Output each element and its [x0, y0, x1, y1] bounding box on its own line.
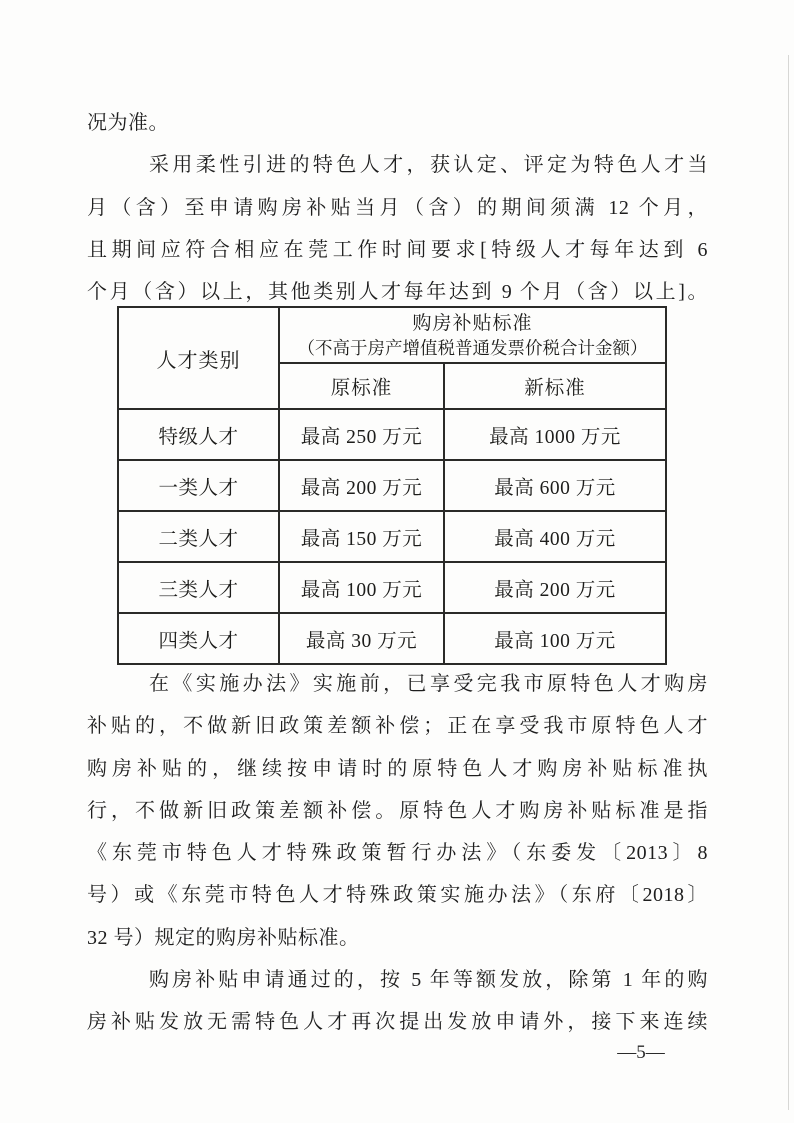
text-line: 《东莞市特色人才特殊政策暂行办法》（东委发〔2013〕8 [87, 832, 708, 874]
text-line: 购房补贴申请通过的，按 5 年等额发放，除第 1 年的购 [87, 959, 708, 1001]
group-header-subtitle: （不高于房产增值税普通发票价税合计金额） [280, 336, 665, 360]
paragraph-block-top: 况为准。 采用柔性引进的特色人才，获认定、评定为特色人才当 月（含）至申请购房补… [87, 102, 708, 313]
new-standard-cell: 最高 400 万元 [444, 511, 666, 562]
talent-category-cell: 一类人才 [118, 460, 279, 511]
subsidy-table: 人才类别 购房补贴标准 （不高于房产增值税普通发票价税合计金额） 原标准 新标准… [117, 306, 667, 665]
text-line: 补贴的，不做新旧政策差额补偿；正在享受我市原特色人才 [87, 705, 708, 747]
new-standard-cell: 最高 600 万元 [444, 460, 666, 511]
talent-category-cell: 特级人才 [118, 409, 279, 460]
old-standard-cell: 最高 200 万元 [279, 460, 444, 511]
table-row: 特级人才 最高 250 万元 最高 1000 万元 [118, 409, 666, 460]
text-line: 购房补贴的，继续按申请时的原特色人才购房补贴标准执 [87, 748, 708, 790]
paragraph-block-bottom: 在《实施办法》实施前，已享受完我市原特色人才购房 补贴的，不做新旧政策差额补偿；… [87, 663, 708, 1044]
talent-category-cell: 二类人才 [118, 511, 279, 562]
talent-category-header: 人才类别 [118, 307, 279, 409]
old-standard-header: 原标准 [279, 363, 444, 409]
old-standard-cell: 最高 100 万元 [279, 562, 444, 613]
table-header-row: 人才类别 购房补贴标准 （不高于房产增值税普通发票价税合计金额） [118, 307, 666, 363]
scan-artifact-line [788, 55, 789, 1110]
talent-category-cell: 四类人才 [118, 613, 279, 664]
new-standard-header: 新标准 [444, 363, 666, 409]
page-number: —5— [595, 1041, 687, 1065]
text-line: 房补贴发放无需特色人才再次提出发放申请外，接下来连续 [87, 1001, 708, 1043]
text-line: 月（含）至申请购房补贴当月（含）的期间须满 12 个月， [87, 187, 708, 229]
table-row: 四类人才 最高 30 万元 最高 100 万元 [118, 613, 666, 664]
group-header-title: 购房补贴标准 [280, 311, 665, 336]
old-standard-cell: 最高 250 万元 [279, 409, 444, 460]
old-standard-cell: 最高 150 万元 [279, 511, 444, 562]
new-standard-cell: 最高 100 万元 [444, 613, 666, 664]
text-line: 采用柔性引进的特色人才，获认定、评定为特色人才当 [87, 144, 708, 186]
text-line: 号）或《东莞市特色人才特殊政策实施办法》（东府〔2018〕 [87, 874, 708, 916]
old-standard-cell: 最高 30 万元 [279, 613, 444, 664]
table-row: 二类人才 最高 150 万元 最高 400 万元 [118, 511, 666, 562]
text-line: 况为准。 [87, 102, 708, 144]
text-line: 且期间应符合相应在莞工作时间要求[特级人才每年达到 6 [87, 229, 708, 271]
text-line: 在《实施办法》实施前，已享受完我市原特色人才购房 [87, 663, 708, 705]
group-header-cell: 购房补贴标准 （不高于房产增值税普通发票价税合计金额） [279, 307, 666, 363]
document-page: 况为准。 采用柔性引进的特色人才，获认定、评定为特色人才当 月（含）至申请购房补… [0, 0, 794, 1123]
new-standard-cell: 最高 200 万元 [444, 562, 666, 613]
talent-category-cell: 三类人才 [118, 562, 279, 613]
text-line: 32 号）规定的购房补贴标准。 [87, 917, 708, 959]
table-row: 一类人才 最高 200 万元 最高 600 万元 [118, 460, 666, 511]
table-row: 三类人才 最高 100 万元 最高 200 万元 [118, 562, 666, 613]
text-line: 行，不做新旧政策差额补偿。原特色人才购房补贴标准是指 [87, 790, 708, 832]
new-standard-cell: 最高 1000 万元 [444, 409, 666, 460]
